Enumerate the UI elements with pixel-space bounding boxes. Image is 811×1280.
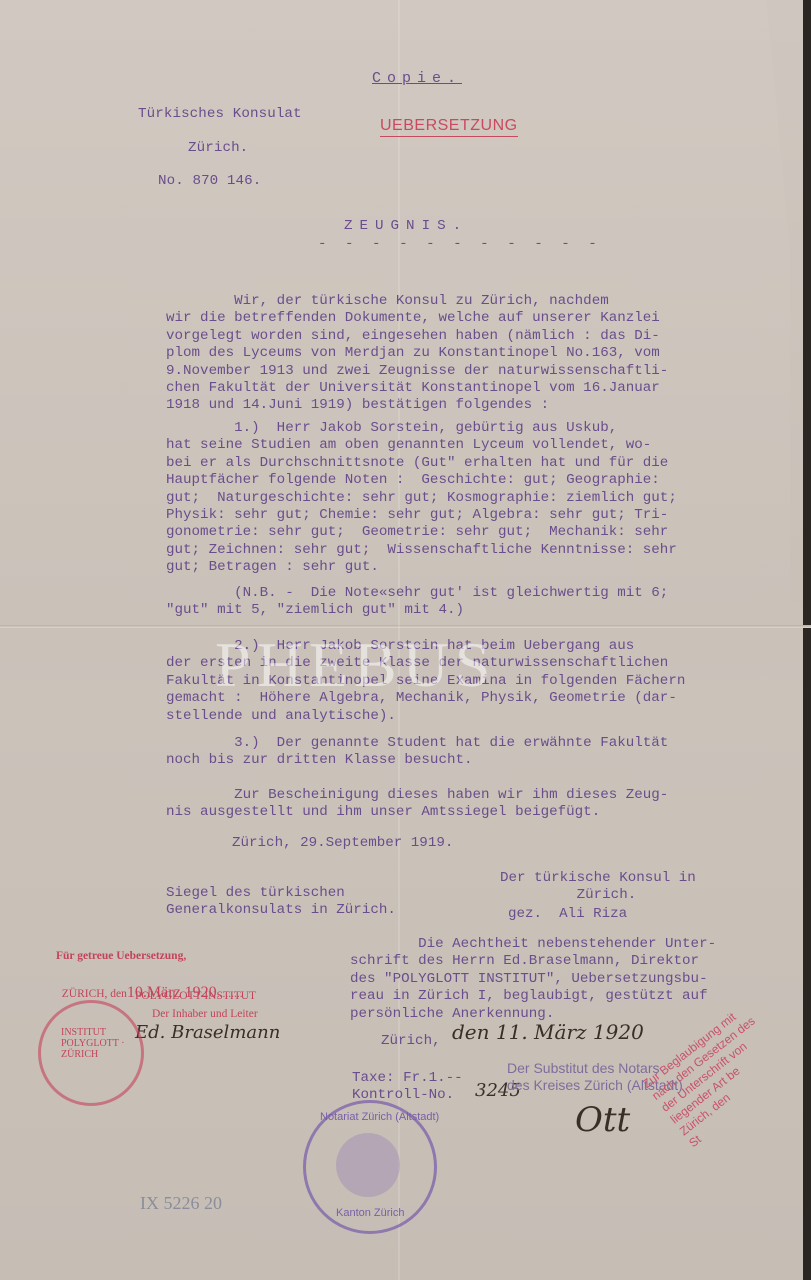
issue-date: Zürich, 29.September 1919. xyxy=(232,835,453,852)
item-1-paragraph: 1.) Herr Jakob Sorstein, gebürtig aus Us… xyxy=(166,420,677,577)
translator-role: Der Inhaber und Leiter xyxy=(152,1008,258,1020)
notary-signature: Ott xyxy=(575,1100,630,1140)
consul-signature: gez. Ali Riza xyxy=(508,906,627,923)
seal-caption: Siegel des türkischen Generalkonsulats i… xyxy=(166,885,396,920)
translator-seal-text: INSTITUT POLYGLOTT · ZÜRICH xyxy=(61,1027,141,1060)
closing-paragraph: Zur Bescheinigung dieses haben wir ihm d… xyxy=(166,787,668,822)
document-title: ZEUGNIS. xyxy=(344,218,468,235)
title-underline: - - - - - - - - - - - xyxy=(318,236,602,253)
item-3-paragraph: 3.) Der genannte Student hat die erwähnt… xyxy=(166,735,668,770)
reference-number: No. 870 146. xyxy=(158,173,261,190)
translator-stamp-line1: Für getreue Uebersetzung, xyxy=(56,950,186,962)
translator-stamp-prefix: ZÜRICH, den xyxy=(62,988,127,1000)
notary-date-prefix: Zürich, xyxy=(381,1033,441,1050)
notary-seal-bottom-text: Kanton Zürich xyxy=(336,1207,404,1219)
notary-authentication: Die Aechtheit nebenstehender Unter- schr… xyxy=(350,936,716,1023)
watermark: PHEBUS xyxy=(215,628,496,702)
copy-heading: Copie. xyxy=(372,70,462,87)
notary-seal: Notariat Zürich (Altstadt) Kanton Zürich xyxy=(303,1100,437,1234)
notary-date-handwritten: den 11. März 1920 xyxy=(452,1020,644,1044)
translator-seal: INSTITUT POLYGLOTT · ZÜRICH xyxy=(38,1000,144,1106)
translation-stamp: UEBERSETZUNG xyxy=(380,117,518,137)
sender-consulate: Türkisches Konsulat xyxy=(138,106,302,123)
notary-seal-top-text: Notariat Zürich (Altstadt) xyxy=(320,1111,439,1123)
intro-paragraph: Wir, der türkische Konsul zu Zürich, nac… xyxy=(166,293,668,415)
translator-institute: POLYGLOTT-INSTITUT xyxy=(135,990,256,1002)
archive-mark: IX 5226 20 xyxy=(140,1193,222,1214)
consul-title: Der türkische Konsul in Zürich. xyxy=(500,870,696,905)
notary-fee: Taxe: Fr.1.-- xyxy=(352,1070,463,1087)
translator-signature: Ed. Braselmann xyxy=(135,1022,280,1043)
zurich-coat-of-arms-icon xyxy=(336,1133,400,1197)
grading-note: (N.B. - Die Note«sehr gut' ist gleichwer… xyxy=(166,585,668,620)
sender-city: Zürich. xyxy=(188,140,248,157)
